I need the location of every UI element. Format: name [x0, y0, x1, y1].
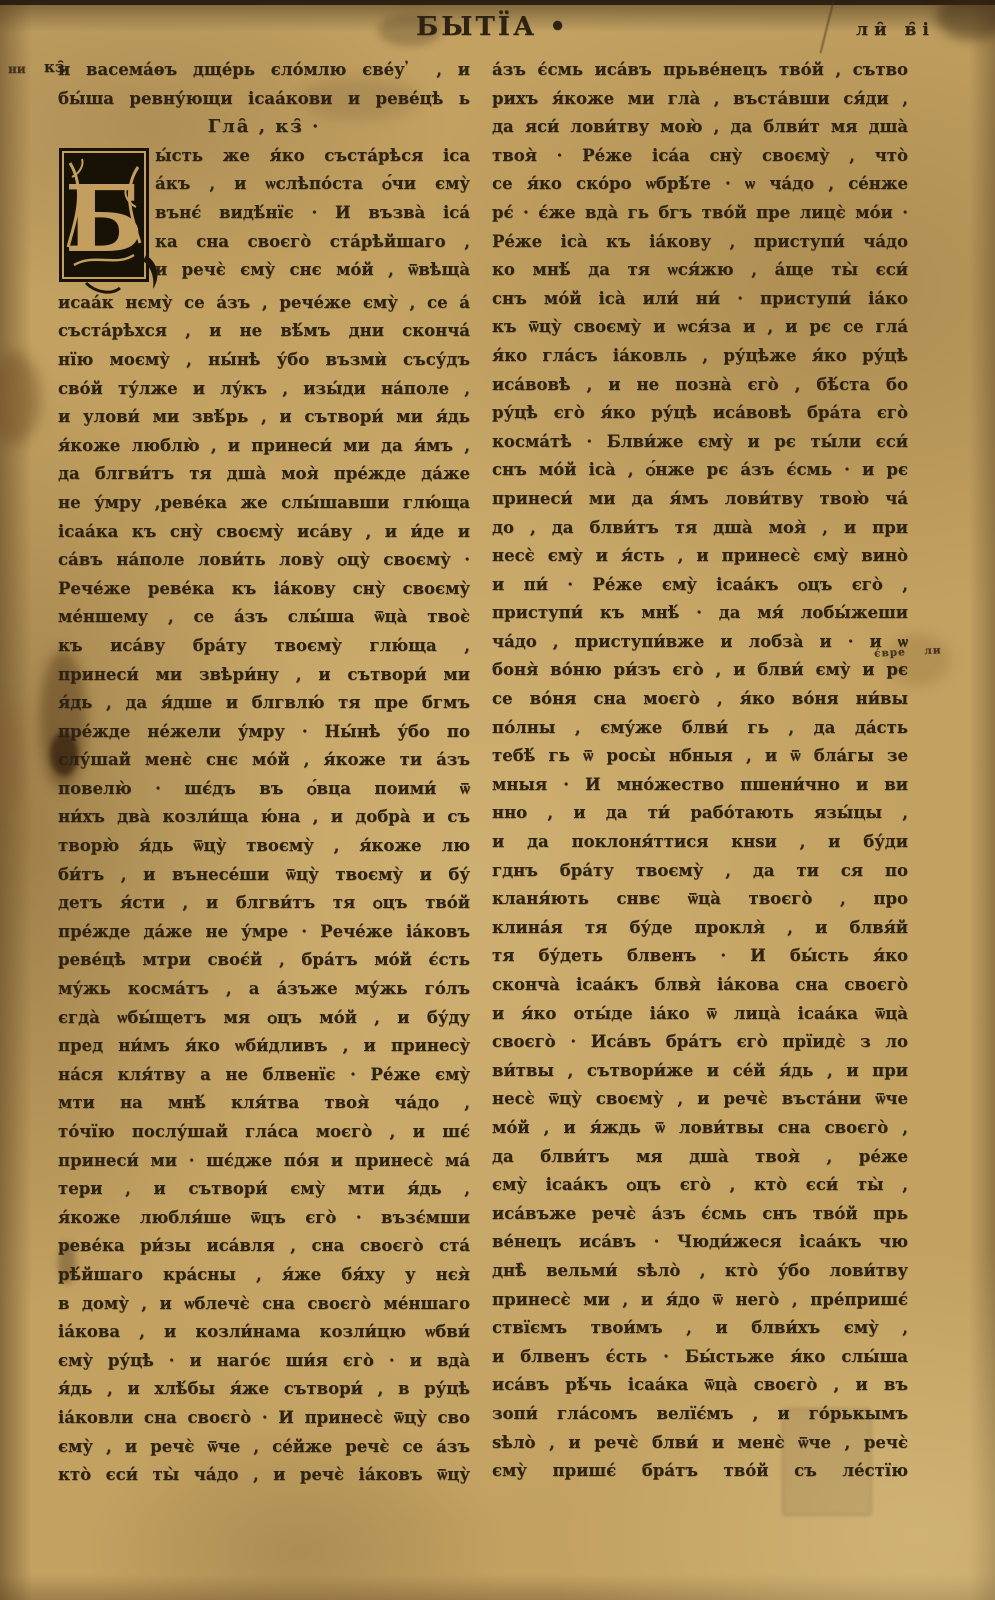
text-line: творю̀ я́дь ѿцу̀ твоєму̀ , я́коже лю — [58, 832, 470, 861]
chapter-heading: Гла̑ , кз̑ · — [58, 113, 470, 142]
text-line: и я́ко оты́де іа́ко ѿ лица̀ ісаа́ка ѿца̀ — [492, 1000, 908, 1029]
text-line: гднъ бра́ту твоєму̀ , да ти ся по — [492, 857, 908, 886]
text-line: и речє̀ єму̀ снє мо́й , ѿвѣща̀ — [155, 256, 470, 285]
text-line: я́дь , да я́дше и блгвлю́ тя пре бгмъ — [58, 689, 470, 718]
text-line: ѕѣло̀ , и речє̀ блви́ и менє̀ ѿче , речє… — [492, 1429, 908, 1458]
drop-cap-woodcut: Б — [58, 142, 155, 289]
text-line: ка сна своєго̀ ста́рѣйшаго , — [155, 228, 470, 257]
drop-cap-icon: Б — [58, 147, 150, 285]
text-line: мо́й , и я́ждь ѿ лови́твы сна своєго̀ , — [492, 1114, 908, 1143]
text-line: са́въ на́поле лови́ть лову̀ ѻцу̀ своєму̀… — [58, 546, 470, 575]
paper-crack — [819, 1, 834, 54]
text-line: іа́ковли сна своєго̀ · И принесє̀ ѿцу̀ с… — [58, 1404, 470, 1433]
text-line: бы́ша ревну́ющи ісаа́кови и реве́цѣ ь — [58, 85, 470, 114]
text-line: ствїємъ твои́мъ , и блви́хъ єму̀ , — [492, 1314, 908, 1343]
text-line: а́зъ є́смь иса́въ прьве́нецъ тво́й , сът… — [492, 56, 908, 85]
text-line: а́къ , и ѡслѣпо́ста ѻ́чи єму̀ — [155, 170, 470, 199]
text-line: днѣ̀ вельми́ ѕѣло̀ , кто̀ у́бо лови́тву — [492, 1257, 908, 1286]
text-line: нїю моєму̀ , ны́нѣ у́бо възмѝ съсу́дъ — [58, 346, 470, 375]
text-line: рихъ я́коже ми гла̀ , въста́вши ся́ди , — [492, 85, 908, 114]
text-line: іа́кова , и козли́нама козли́цю ѡбви́ — [58, 1318, 470, 1347]
text-line: му́жь косма́тъ , а а́зъже му́жь го́лъ — [58, 975, 470, 1004]
right-text-column: а́зъ є́смь иса́въ прьве́нецъ тво́й , сът… — [492, 56, 908, 1486]
text-line: клина́я тя бу́де прокля̀ , и блвя́й — [492, 914, 908, 943]
text-line: се я́ко ско́ро ѡбрѣ́те · ѡ ча́до , се́нж… — [492, 170, 908, 199]
text-line: Ре́же іса̀ къ іа́кову , приступи́ ча́до — [492, 228, 908, 257]
text-line: до , да блви́тъ тя дша̀ моя̀ , и при — [492, 514, 908, 543]
text-line: и улови́ ми звѣ́рь , и сътвори́ ми я́дь — [58, 403, 470, 432]
text-line: тебѣ́ гь ѿ росы̀ нбныя , и ѿ бла́гы зе — [492, 742, 908, 771]
text-line: рѣ́йшаго кра́сны , я́же бя́ху у нєя̀ — [58, 1261, 470, 1290]
text-line: єму̀ ісаа́къ ѻцъ єго̀ , кто̀ єси́ ты̀ , — [492, 1171, 908, 1200]
text-line: се во́ня сна моєго̀ , я́ко во́ня ни́вы — [492, 685, 908, 714]
text-line: принеси́ ми да я́мъ лови́тву твою̀ ча́ — [492, 485, 908, 514]
text-line: би́тъ , и вънесе́ши ѿцу̀ твоєму̀ и бу́ — [58, 861, 470, 890]
left-text-column: и васема́ѳъ дще́рь єло́млю єве́у ̓ , ибы… — [58, 56, 470, 1490]
text-line: исаа́к нєму̀ се а́зъ , рече́же єму̀ , се… — [58, 289, 470, 318]
text-line: и пи́ · Ре́же єму̀ ісаа́къ ѻцъ єго̀ , — [492, 571, 908, 600]
text-line: реве́ка ри́зы иса́вля , сна своєго̀ ста́ — [58, 1232, 470, 1261]
text-line: ве́нецъ иса́въ · Чюди́жеся ісаа́къ чю — [492, 1228, 908, 1257]
text-line: съста́рѣхся , и не вѣ́мъ дни сконча́ — [58, 317, 470, 346]
text-line: я́дь , и хлѣ́бы я́же сътвори́ , в ру́цѣ — [58, 1375, 470, 1404]
text-line: и блвенъ є́сть · Бы́стьже я́ко слы́ша — [492, 1343, 908, 1372]
text-line: ме́ншему , се а́зъ слы́ша ѿца̀ твоє̀ — [58, 603, 470, 632]
text-line: ру́цѣ єго̀ я́ко ру́цѣ иса́вовѣ бра́та єг… — [492, 399, 908, 428]
text-line: зопи́ гла́сомъ велїє́мъ , и го́рькымъ — [492, 1400, 908, 1429]
text-line: слу́шай менє̀ снє мо́й , я́коже ти а́зъ — [58, 746, 470, 775]
text-line: принеси́ ми звѣри́ну , и сътвори́ ми — [58, 661, 470, 690]
text-line: мти на мнѣ́ кля́тва твоя̀ ча́до , — [58, 1089, 470, 1118]
text-line: сво́й ту́лже и лу́къ , изы́ди на́поле , — [58, 375, 470, 404]
text-line: да блви́тъ мя дша̀ твоя̀ , ре́же — [492, 1143, 908, 1172]
text-line: косма́тѣ · Блви́же єму̀ и рє ты́ли єси́ — [492, 428, 908, 457]
text-line: мныя · И мно́жество пшени́чно и ви — [492, 771, 908, 800]
text-line: ісаа́ка къ сну̀ своєму̀ иса́ву , и и́де … — [58, 518, 470, 547]
text-line: иса́вовѣ , и не позна̀ єго̀ , бѣ́ста бо — [492, 371, 908, 400]
initial-lines: ы́сть же я́ко съста́рѣся ісаа́къ , и ѡсл… — [155, 142, 470, 289]
marginal-gloss-word: ли — [924, 644, 942, 657]
ink-stain — [0, 700, 22, 810]
text-line: боня̀ во́ню ри́зъ єго̀ , и блви́ єму̀ и … — [492, 656, 908, 685]
left-column-lines: исаа́к нєму̀ се а́зъ , рече́же єму̀ , се… — [58, 289, 470, 1490]
text-line: къ иса́ву бра́ту твоєму̀ глю́ща , — [58, 632, 470, 661]
text-line: тери , и сътвори́ єму̀ мти я́дь , — [58, 1175, 470, 1204]
text-line: єму̀ , и речє̀ ѿче , се́йже речє̀ се а́з… — [58, 1433, 470, 1462]
quire-mark: ни — [8, 62, 26, 76]
corner-stain — [936, 0, 995, 40]
text-line: кто̀ єси́ ты̀ ча́до , и речє̀ іа́ковъ ѿц… — [58, 1461, 470, 1490]
page-top-edge — [0, 0, 995, 5]
text-line: єгда̀ ѡбы́щетъ мя ѻцъ мо́й , и бу́ду — [58, 1004, 470, 1033]
text-line: рє́ · є́же вда̀ гь бгъ тво́й пре лицє̀ м… — [492, 199, 908, 228]
text-line: иса́въже речє̀ а́зъ є́смь снъ тво́й прь — [492, 1200, 908, 1229]
text-line: ы́сть же я́ко съста́рѣся іса — [155, 142, 470, 171]
text-line: не у́мру ,реве́ка же слы́шавши глю́ща — [58, 489, 470, 518]
text-line: я́коже любля́ше ѿцъ єго̀ · възє́мши — [58, 1204, 470, 1233]
text-line: снъ мо́й іса̀ , ѻ́нже рє а́зъ є́смь · и … — [492, 456, 908, 485]
folio-number: ли̑ в̑і — [856, 20, 935, 40]
text-line: принесє̀ ми , и я́до ѿ него̀ , пре́пришє… — [492, 1286, 908, 1315]
text-line: то́чїю послу́шай гла́са моєго̀ , и шє́ — [58, 1118, 470, 1147]
text-line: ви́твы , сътвори́же и се́й я́дь , и при — [492, 1057, 908, 1086]
text-line: пред ни́мъ я́ко ѡби́дливъ , и принесу̀ — [58, 1032, 470, 1061]
text-line: нно , и да ти́ рабо́тають язы́цы , — [492, 799, 908, 828]
text-line: да яси́ лови́тву мою̀ , да блви́т мя дша… — [492, 113, 908, 142]
text-line: ни́хъ два̀ козли́ща ю́на , и добра̀ и съ — [58, 803, 470, 832]
text-line: єму̀ ру́цѣ · и наго́є ши́я єго̀ · и вда̀ — [58, 1347, 470, 1376]
text-line: детъ я́сти , и блгви́тъ тя ѻцъ тво́й — [58, 889, 470, 918]
text-line: принеси́ ми · шє́дже по́я и принесє̀ ма́ — [58, 1147, 470, 1176]
text-line: на́ся кля́тву а не блвенїє · Ре́же єму̀ — [58, 1061, 470, 1090]
text-line: ча́до , приступи́вже и лобза̀ и · и ѡ — [492, 628, 908, 657]
text-line: приступи́ къ мнѣ́ · да мя́ лобы́жеши — [492, 599, 908, 628]
running-title: БЫТЇА • — [416, 12, 569, 42]
text-line: в дому̀ , и ѡблечє̀ сна своєго̀ ме́ншаго — [58, 1290, 470, 1319]
svg-text:Б: Б — [65, 165, 144, 273]
text-line: къ ѿцу̀ своєму̀ и ѡся́за и , и рє се гла… — [492, 313, 908, 342]
text-line: я́коже люблю̀ , и принеси́ ми да я́мъ , — [58, 432, 470, 461]
initial-row: Б ы́сть же я́ко съста́рѣся ісаа́къ , и ѡ… — [58, 142, 470, 289]
manuscript-page: БЫТЇА • ли̑ в̑і ни кз̑ є́вре ли и васема… — [0, 0, 995, 1600]
text-line: несє̀ єму̀ и я́сть , и принесє̀ єму̀ вин… — [492, 542, 908, 571]
text-line: по́лны , єму́же блви́ гь , да да́сть — [492, 714, 908, 743]
text-line: повелю̀ · шє́дъ въ ѻ́вца поими́ ѿ — [58, 775, 470, 804]
text-line: Рече́же реве́ка къ іа́кову сну̀ своєму̀ — [58, 575, 470, 604]
right-column-lines: а́зъ є́смь иса́въ прьве́нецъ тво́й , сът… — [492, 56, 908, 1486]
intro-lines: и васема́ѳъ дще́рь єло́млю єве́у ̓ , ибы… — [58, 56, 470, 113]
text-line: пре́жде не́жели у́мру · Ны́нѣ у́бо по — [58, 718, 470, 747]
text-line: твоя̀ · Ре́же іса́а сну̀ своєму̀ , что̀ — [492, 142, 908, 171]
text-line: и васема́ѳъ дще́рь єло́млю єве́у ̓ , и — [58, 56, 470, 85]
text-line: я́ко гла́съ іа́ковль , ру́цѣже я́ко ру́ц… — [492, 342, 908, 371]
text-line: иса́въ рѣ́чь ісаа́ка ѿца̀ своєго̀ , и въ — [492, 1371, 908, 1400]
text-line: сконча̀ ісаа́къ блвя̀ іа́кова сна своєго… — [492, 971, 908, 1000]
text-line: реве́цѣ мтри своє́й , бра́тъ мо́й є́сть — [58, 946, 470, 975]
text-line: и да поклоня́ттися кнѕи , и бу́ди — [492, 828, 908, 857]
text-line: кланя́ють снвє ѿца̀ твоєго̀ , про — [492, 885, 908, 914]
text-line: несє̀ ѿцу̀ своєму̀ , и речє̀ въста́ни ѿч… — [492, 1085, 908, 1114]
text-line: снъ мо́й іса̀ или́ ни́ · приступи́ іа́ко — [492, 285, 908, 314]
text-line: вънє́ видѣ́нїє · И възва̀ іса́ — [155, 199, 470, 228]
ink-stain — [0, 352, 40, 444]
text-line: тя бу́деть блвенъ · И бы́сть я́ко — [492, 942, 908, 971]
text-line: пре́жде да́же не у́мре · Рече́же іа́ковъ — [58, 918, 470, 947]
text-line: ко мнѣ́ да тя ѡся́жю , а́ще ты̀ єси́ — [492, 256, 908, 285]
text-line: своєго̀ · Иса́въ бра́тъ єго̀ прїидє̀ з л… — [492, 1028, 908, 1057]
text-line: да блгви́тъ тя дша̀ моя̀ пре́жде да́же — [58, 460, 470, 489]
text-line: єму̀ пришє́ бра́тъ тво́й съ ле́стїю — [492, 1457, 908, 1486]
